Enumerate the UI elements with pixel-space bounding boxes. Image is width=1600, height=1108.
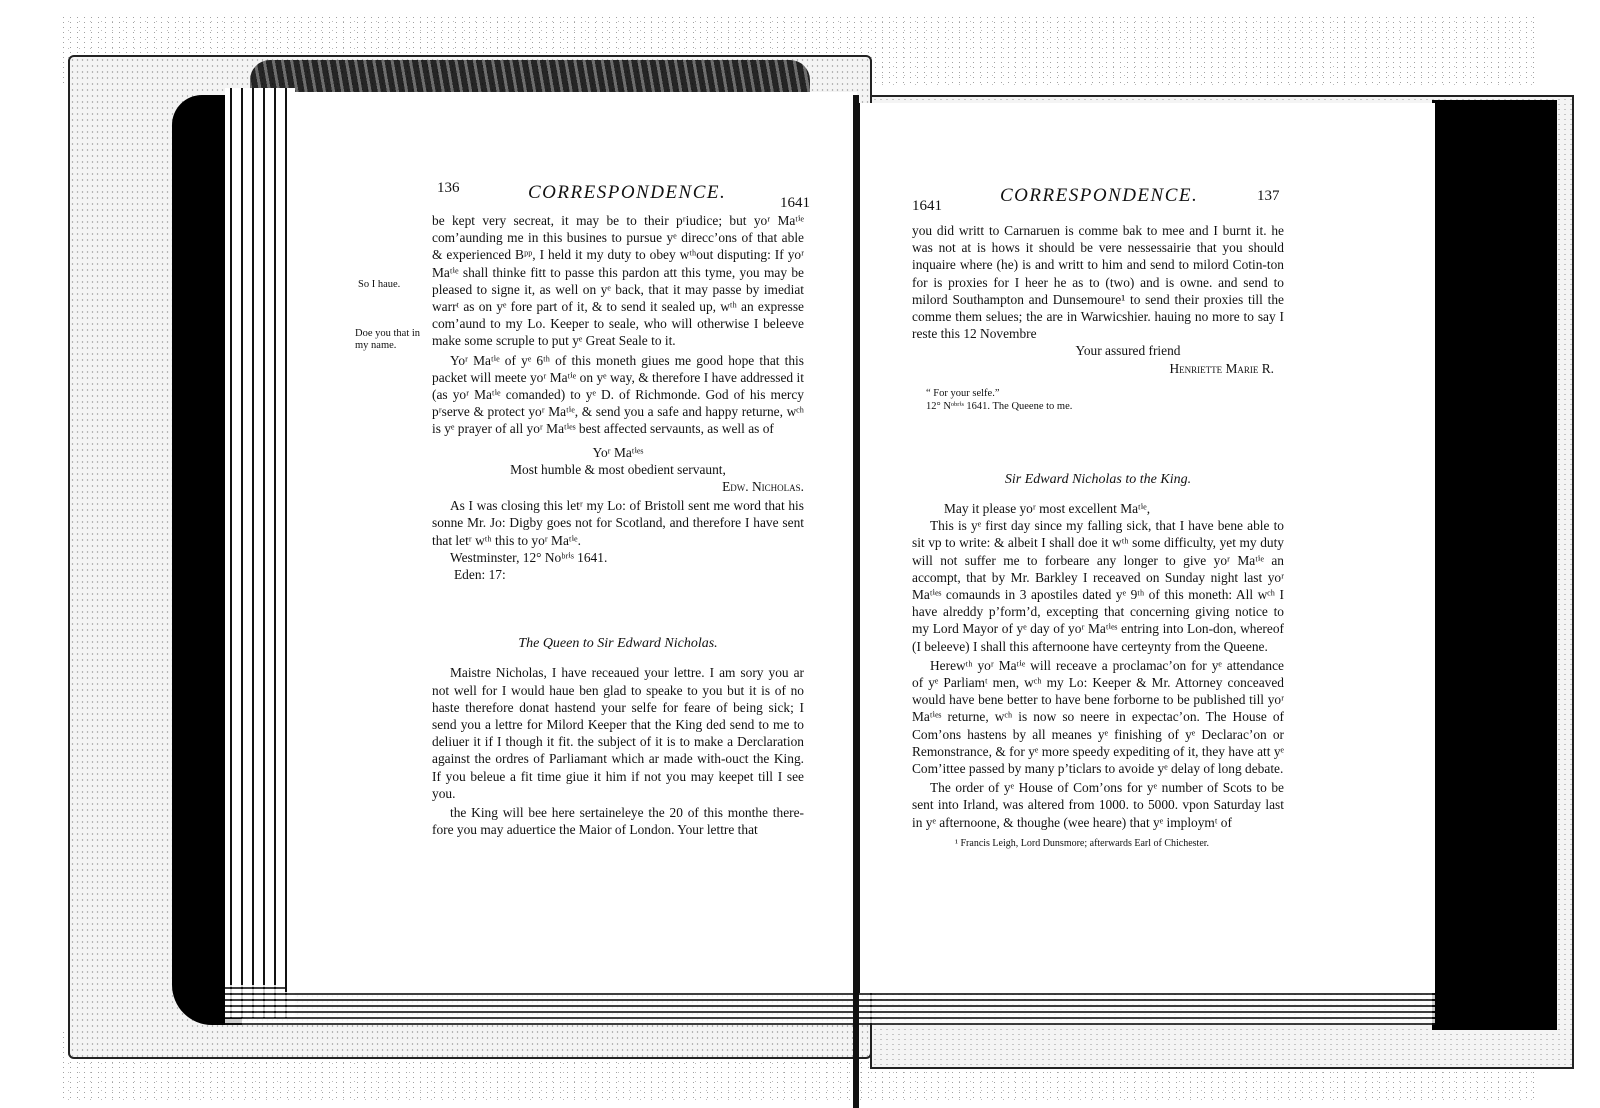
right-page-year: 1641 [912, 198, 942, 215]
letter2-paragraph: Maistre Nicholas, I have receaued your l… [432, 664, 804, 802]
letter2-closing-line1: Your assured friend [912, 342, 1284, 359]
letter2-endorsement-line2: 12° Nᵒᵇʳⁱˢ 1641. The Queene to me. [912, 400, 1284, 413]
letter3-paragraph: This is yᵉ first day since my falling si… [912, 517, 1284, 655]
letter1-postscript: As I was closing this letʳ my Lo: of Bri… [432, 497, 804, 549]
right-page-number: 137 [1257, 188, 1280, 205]
letter1-paragraph: be kept very secreat, it may be to their… [432, 212, 804, 350]
letter2-endorsement-line1: “ For your selfe.” [912, 387, 1284, 400]
margin-note-1: So I haue. [358, 279, 418, 291]
left-page-year: 1641 [780, 195, 810, 212]
letter2-heading: The Queen to Sir Edward Nicholas. [432, 635, 804, 652]
left-page-body: be kept very secreat, it may be to their… [432, 212, 804, 839]
letter3-paragraph: The order of yᵉ House of Com’ons for yᵉ … [912, 779, 1284, 831]
letter1-closing-line2: Most humble & most obedient servaunt, [432, 461, 804, 478]
letter2-continued: you did writt to Carnaruen is comme bak … [912, 222, 1284, 342]
letter3-heading: Sir Edward Nicholas to the King. [912, 471, 1284, 488]
right-page-footnote: ¹ Francis Leigh, Lord Dunsmore; afterwar… [955, 838, 1209, 849]
left-page-number: 136 [437, 180, 460, 197]
margin-note-2: Doe you that in my name. [355, 328, 421, 352]
letter2-paragraph: the King will bee here sertaineleye the … [432, 804, 804, 838]
letter3-salutation: May it please yoʳ most excellent Maᵗⁱᵉ, [912, 500, 1284, 517]
letter1-paragraph: Yoʳ Maᵗⁱᵉ of yᵉ 6ᵗʰ of this moneth giues… [432, 352, 804, 438]
letter1-endorsement: Eden: 17: [432, 566, 804, 583]
letter1-signature: Edw. Nicholas. [432, 478, 804, 495]
letter2-signature: Henriette Marie R. [912, 360, 1284, 377]
letter3-paragraph: Herewᵗʰ yoʳ Maᵗⁱᵉ will receave a proclam… [912, 657, 1284, 777]
right-page-body: you did writt to Carnaruen is comme bak … [912, 222, 1284, 831]
page-edge-shadow-right [1432, 100, 1557, 1030]
letter1-dateline: Westminster, 12° Noᵇʳⁱˢ 1641. [432, 549, 804, 566]
letter1-closing-line1: Yoʳ Maᵗⁱᵉˢ [432, 444, 804, 461]
